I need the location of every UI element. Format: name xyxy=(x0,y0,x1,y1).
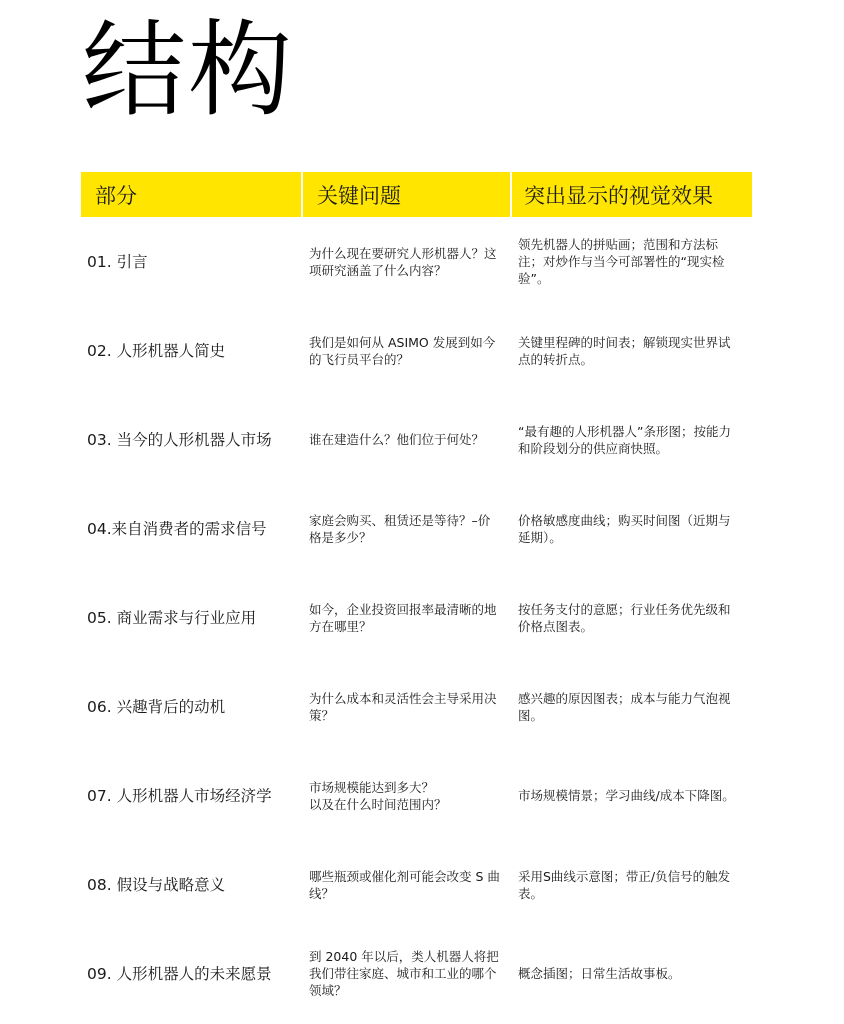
table-row: 09. 人形机器人的未来愿景 到 2040 年以后，类人机器人将把我们带往家庭、… xyxy=(81,929,752,1018)
table-row: 06. 兴趣背后的动机 为什么成本和灵活性会主导采用决策？ 感兴趣的原因图表；成… xyxy=(81,662,752,751)
question-cell: 为什么现在要研究人形机器人？这项研究涵盖了什么内容？ xyxy=(81,245,508,279)
question-cell: 哪些瓶颈或催化剂可能会改变 S 曲线？ xyxy=(81,868,508,902)
question-cell: 谁在建造什么？他们位于何处？ xyxy=(81,431,508,448)
header-section: 部分 xyxy=(81,172,301,217)
visual-cell: 关键里程碑的时间表；解锁现实世界试点的转折点。 xyxy=(508,334,748,368)
question-cell: 我们是如何从 ASIMO 发展到如今的飞行员平台的？ xyxy=(81,334,508,368)
visual-cell: 采用S曲线示意图；带正/负信号的触发表。 xyxy=(508,868,748,902)
header-highlighted-visuals: 突出显示的视觉效果 xyxy=(512,172,752,217)
question-cell: 为什么成本和灵活性会主导采用决策？ xyxy=(81,690,508,724)
header-key-question: 关键问题 xyxy=(303,172,510,217)
question-cell: 到 2040 年以后，类人机器人将把我们带往家庭、城市和工业的哪个领域？ xyxy=(81,948,508,999)
question-cell: 如今，企业投资回报率最清晰的地方在哪里？ xyxy=(81,601,508,635)
table-body: 01. 引言 为什么现在要研究人形机器人？这项研究涵盖了什么内容？ 领先机器人的… xyxy=(81,217,752,1018)
table-row: 02. 人形机器人简史 我们是如何从 ASIMO 发展到如今的飞行员平台的？ 关… xyxy=(81,306,752,395)
table-row: 03. 当今的人形机器人市场 谁在建造什么？他们位于何处？ “最有趣的人形机器人… xyxy=(81,395,752,484)
table-row: 04.来自消费者的需求信号 家庭会购买、租赁还是等待？–价格是多少？ 价格敏感度… xyxy=(81,484,752,573)
visual-cell: 价格敏感度曲线；购买时间图（近期与延期）。 xyxy=(508,512,748,546)
page-title: 结构 xyxy=(82,8,294,132)
visual-cell: 感兴趣的原因图表；成本与能力气泡视图。 xyxy=(508,690,748,724)
table-row: 05. 商业需求与行业应用 如今，企业投资回报率最清晰的地方在哪里？ 按任务支付… xyxy=(81,573,752,662)
question-cell: 家庭会购买、租赁还是等待？–价格是多少？ xyxy=(81,512,508,546)
table-row: 07. 人形机器人市场经济学 市场规模能达到多大？ 以及在什么时间范围内？ 市场… xyxy=(81,751,752,840)
visual-cell: “最有趣的人形机器人”条形图；按能力和阶段划分的供应商快照。 xyxy=(508,423,748,457)
table-header-row: 部分 关键问题 突出显示的视觉效果 xyxy=(81,172,752,217)
visual-cell: 市场规模情景；学习曲线/成本下降图。 xyxy=(508,787,748,804)
question-cell: 市场规模能达到多大？ 以及在什么时间范围内？ xyxy=(81,779,508,813)
structure-table: 部分 关键问题 突出显示的视觉效果 01. 引言 为什么现在要研究人形机器人？这… xyxy=(81,172,752,217)
table-row: 01. 引言 为什么现在要研究人形机器人？这项研究涵盖了什么内容？ 领先机器人的… xyxy=(81,217,752,306)
visual-cell: 按任务支付的意愿；行业任务优先级和价格点图表。 xyxy=(508,601,748,635)
table-row: 08. 假设与战略意义 哪些瓶颈或催化剂可能会改变 S 曲线？ 采用S曲线示意图… xyxy=(81,840,752,929)
visual-cell: 领先机器人的拼贴画；范围和方法标注；对炒作与当今可部署性的“现实检验”。 xyxy=(508,236,748,287)
visual-cell: 概念插图；日常生活故事板。 xyxy=(508,965,748,982)
